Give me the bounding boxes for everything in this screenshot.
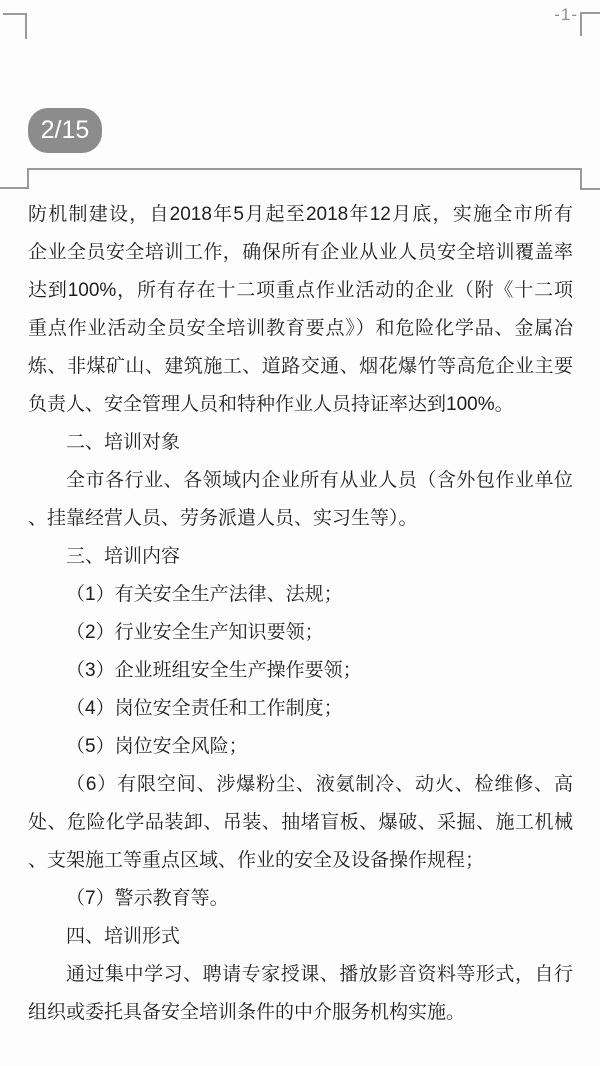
document-line: 、挂靠经营人员、劳务派遣人员、实习生等）。 <box>28 500 573 538</box>
page-rule-right-step-vertical <box>580 168 582 190</box>
corner-mark-top-left-vertical <box>25 13 27 39</box>
document-line: 炼、非煤矿山、建筑施工、道路交通、烟花爆竹等高危企业主要 <box>28 348 573 386</box>
page-rule-left-step-vertical <box>27 168 29 189</box>
document-list-item: （3）企业班组安全生产操作要领； <box>28 652 573 690</box>
document-list-item: （7）警示教育等。 <box>28 880 573 918</box>
document-heading-training-content: 三、培训内容 <box>28 538 573 576</box>
corner-mark-top-right-vertical <box>580 12 582 36</box>
corner-mark-top-left-horizontal <box>3 13 27 15</box>
scanned-page-number: -1- <box>554 4 578 26</box>
scanned-document-body: 防机制建设，自2018年5月起至2018年12月底，实施全市所有 企业全员安全培… <box>28 196 573 1032</box>
document-heading-training-format: 四、培训形式 <box>28 918 573 956</box>
page-rule-right-step-horizontal <box>580 188 600 190</box>
document-line: 通过集中学习、聘请专家授课、播放影音资料等形式，自行 <box>28 956 573 994</box>
document-line: 防机制建设，自2018年5月起至2018年12月底，实施全市所有 <box>28 196 573 234</box>
document-line: 组织或委托具备安全培训条件的中介服务机构实施。 <box>28 994 573 1032</box>
document-line: 达到100%，所有存在十二项重点作业活动的企业（附《十二项 <box>28 272 573 310</box>
document-line: 全市各行业、各领域内企业所有从业人员（含外包作业单位 <box>28 462 573 500</box>
document-list-item: （6）有限空间、涉爆粉尘、液氨制冷、动火、检维修、高 <box>28 766 573 804</box>
page-rule-main <box>27 168 582 170</box>
document-line: 处、危险化学品装卸、吊装、抽堵盲板、爆破、采掘、施工机械 <box>28 804 573 842</box>
document-line: 、支架施工等重点区域、作业的安全及设备操作规程； <box>28 842 573 880</box>
document-line: 负责人、安全管理人员和特种作业人员持证率达到100%。 <box>28 386 573 424</box>
page-rule-left-step-horizontal <box>0 187 29 189</box>
document-heading-training-targets: 二、培训对象 <box>28 424 573 462</box>
document-line: 重点作业活动全员安全培训教育要点》）和危险化学品、金属冶 <box>28 310 573 348</box>
corner-mark-top-right-horizontal <box>581 12 600 14</box>
page-indicator-badge: 2/15 <box>28 108 102 153</box>
document-list-item: （1）有关安全生产法律、法规； <box>28 576 573 614</box>
document-line: 企业全员安全培训工作，确保所有企业从业人员安全培训覆盖率 <box>28 234 573 272</box>
document-list-item: （4）岗位安全责任和工作制度； <box>28 690 573 728</box>
document-list-item: （2）行业安全生产知识要领； <box>28 614 573 652</box>
document-viewer-screen: -1- 2/15 防机制建设，自2018年5月起至2018年12月底，实施全市所… <box>0 0 600 1066</box>
document-list-item: （5）岗位安全风险； <box>28 728 573 766</box>
